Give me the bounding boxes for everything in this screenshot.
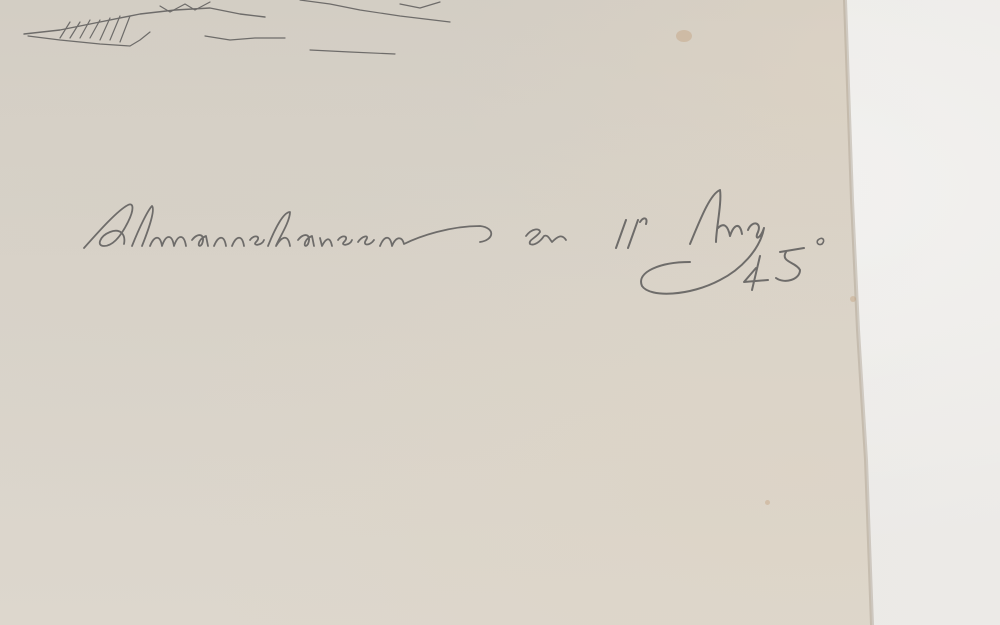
- date-day: 11: [463, 205, 509, 246]
- date-prefix: den: [384, 205, 452, 246]
- date-year: 45: [619, 205, 665, 246]
- handwritten-inscription: [0, 0, 1000, 625]
- date-month: Aug: [535, 205, 607, 246]
- place-name: Almannshausen: [84, 205, 373, 246]
- date-day-suffix: t: [509, 205, 523, 246]
- inscription-text: Almannshausen den 11t Aug 45: [84, 205, 664, 246]
